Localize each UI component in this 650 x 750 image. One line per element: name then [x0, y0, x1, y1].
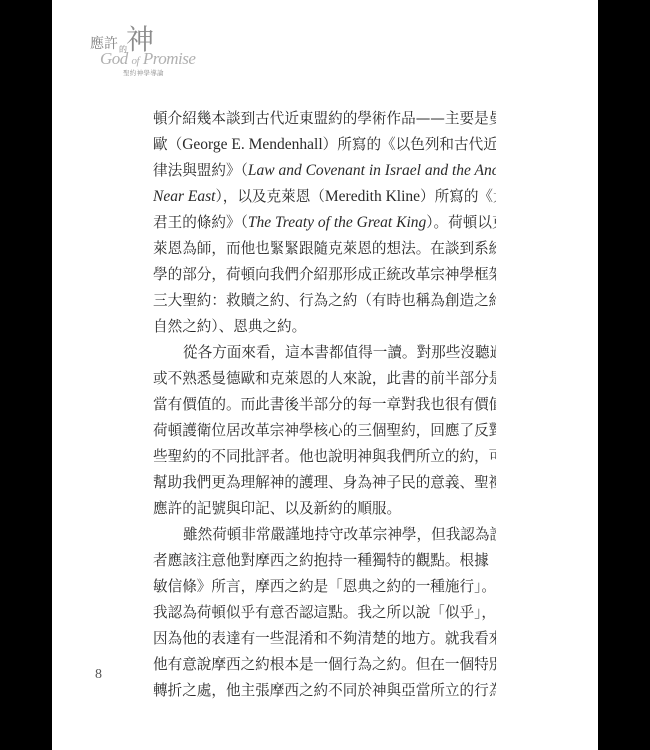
text-line: 律法與盟約》（Law and Covenant in Israel and th… [153, 158, 496, 184]
text-segment: 學的部分，荷頓向我們介紹那形成正統改革宗神學框架的 [153, 266, 496, 283]
text-line: Near East），以及克萊恩（Meredith Kline）所寫的《大 [153, 184, 496, 210]
text-line: 些聖約的不同批評者。他也說明神與我們所立的約，可以 [153, 444, 496, 470]
document-viewer: 應許 的 神 God of Promise 聖約神學導論 頓介紹幾本談到古代近東… [0, 0, 650, 750]
text-segment: 者應該注意他對摩西之約抱持一種獨特的觀點。根據《西 [153, 552, 496, 569]
text-segment: 歐（ [153, 136, 182, 153]
text-segment: 轉折之處，他主張摩西之約不同於神與亞當所立的行為之 [153, 682, 496, 699]
italic-title-segment: Near East [153, 188, 215, 205]
text-segment: 些聖約的不同批評者。他也說明神與我們所立的約，可以 [153, 448, 496, 465]
logo-subtitle: 聖約神學導論 [123, 68, 164, 77]
page-number: 8 [95, 667, 102, 683]
text-line: 歐（George E. Mendenhall）所寫的《以色列和古代近東的 [153, 132, 496, 158]
text-segment: 雖然荷頓非常嚴謹地持守改革宗神學，但我認為讀 [183, 526, 496, 543]
text-segment: ）所寫的《以色列和古代近東的 [323, 136, 496, 153]
italic-title-segment: The Treaty of the Great King [248, 214, 426, 231]
body-text: 頓介紹幾本談到古代近東盟約的學術作品——主要是曼德歐（George E. Men… [153, 106, 496, 704]
text-segment: 應許的記號與印記、以及新約的順服。 [153, 500, 401, 517]
text-segment: 幫助我們更為理解神的護理、身為神子民的意義、聖禮是 [153, 474, 496, 491]
text-line: 雖然荷頓非常嚴謹地持守改革宗神學，但我認為讀 [153, 522, 496, 548]
text-segment: 君王的條約》（ [153, 214, 248, 231]
text-segment: 當有價值的。而此書後半部分的每一章對我也很有價值。 [153, 396, 496, 413]
text-line: 敏信條》所言，摩西之約是「恩典之約的一種施行」。但 [153, 574, 496, 600]
text-segment: 三大聖約：救贖之約、行為之約（有時也稱為創造之約或 [153, 292, 496, 309]
text-line: 應許的記號與印記、以及新約的順服。 [153, 496, 496, 522]
text-line: 自然之約）、恩典之約。 [153, 314, 496, 340]
text-segment: 我認為荷頓似乎有意否認這點。我之所以說「似乎」，是 [153, 604, 496, 621]
text-line: 從各方面來看，這本書都值得一讀。對那些沒聽過 [153, 340, 496, 366]
text-line: 他有意說摩西之約根本是一個行為之約。但在一個特別的 [153, 652, 496, 678]
text-segment: George E. Mendenhall [182, 136, 322, 153]
text-segment: Meredith Kline [325, 188, 420, 205]
text-line: 三大聖約：救贖之約、行為之約（有時也稱為創造之約或 [153, 288, 496, 314]
text-line: 者應該注意他對摩西之約抱持一種獨特的觀點。根據《西 [153, 548, 496, 574]
text-segment: 律法與盟約》（ [153, 162, 248, 179]
text-segment: 自然之約）、恩典之約。 [153, 318, 306, 335]
text-segment: 荷頓護衛位居改革宗神學核心的三個聖約，回應了反對這 [153, 422, 496, 439]
text-line: 荷頓護衛位居改革宗神學核心的三個聖約，回應了反對這 [153, 418, 496, 444]
text-segment: ），以及克萊恩（ [215, 188, 324, 205]
text-segment: ）。荷頓以克 [426, 214, 496, 231]
text-segment: ）所寫的《大 [420, 188, 496, 205]
text-segment: 萊恩為師，而他也緊緊跟隨克萊恩的想法。在談到系統神 [153, 240, 496, 257]
text-segment: 或不熟悉曼德歐和克萊恩的人來說，此書的前半部分是相 [153, 370, 496, 387]
text-segment: 從各方面來看，這本書都值得一讀。對那些沒聽過 [183, 344, 496, 361]
text-line: 萊恩為師，而他也緊緊跟隨克萊恩的想法。在談到系統神 [153, 236, 496, 262]
text-segment: 敏信條》所言，摩西之約是「恩典之約的一種施行」。但 [153, 578, 496, 595]
text-segment: 因為他的表達有一些混淆和不夠清楚的地方。就我看來， [153, 630, 496, 647]
logo-english-title: God of Promise [100, 49, 195, 69]
text-line: 君王的條約》（The Treaty of the Great King）。荷頓以… [153, 210, 496, 236]
text-line: 幫助我們更為理解神的護理、身為神子民的意義、聖禮是 [153, 470, 496, 496]
text-line: 當有價值的。而此書後半部分的每一章對我也很有價值。 [153, 392, 496, 418]
logo-english-main: God [100, 49, 128, 68]
italic-title-segment: Law and Covenant in Israel and the Ancie… [248, 162, 496, 179]
logo-english-end: Promise [143, 49, 196, 68]
text-line: 轉折之處，他主張摩西之約不同於神與亞當所立的行為之 [153, 678, 496, 704]
text-line: 因為他的表達有一些混淆和不夠清楚的地方。就我看來， [153, 626, 496, 652]
book-page: 應許 的 神 God of Promise 聖約神學導論 頓介紹幾本談到古代近東… [52, 0, 598, 750]
text-segment: 他有意說摩西之約根本是一個行為之約。但在一個特別的 [153, 656, 496, 673]
book-title-logo: 應許 的 神 God of Promise 聖約神學導論 [52, 0, 252, 90]
logo-english-of: of [132, 55, 140, 67]
text-segment: 頓介紹幾本談到古代近東盟約的學術作品——主要是曼德 [153, 110, 496, 127]
text-line: 學的部分，荷頓向我們介紹那形成正統改革宗神學框架的 [153, 262, 496, 288]
text-line: 頓介紹幾本談到古代近東盟約的學術作品——主要是曼德 [153, 106, 496, 132]
text-line: 或不熟悉曼德歐和克萊恩的人來說，此書的前半部分是相 [153, 366, 496, 392]
text-line: 我認為荷頓似乎有意否認這點。我之所以說「似乎」，是 [153, 600, 496, 626]
